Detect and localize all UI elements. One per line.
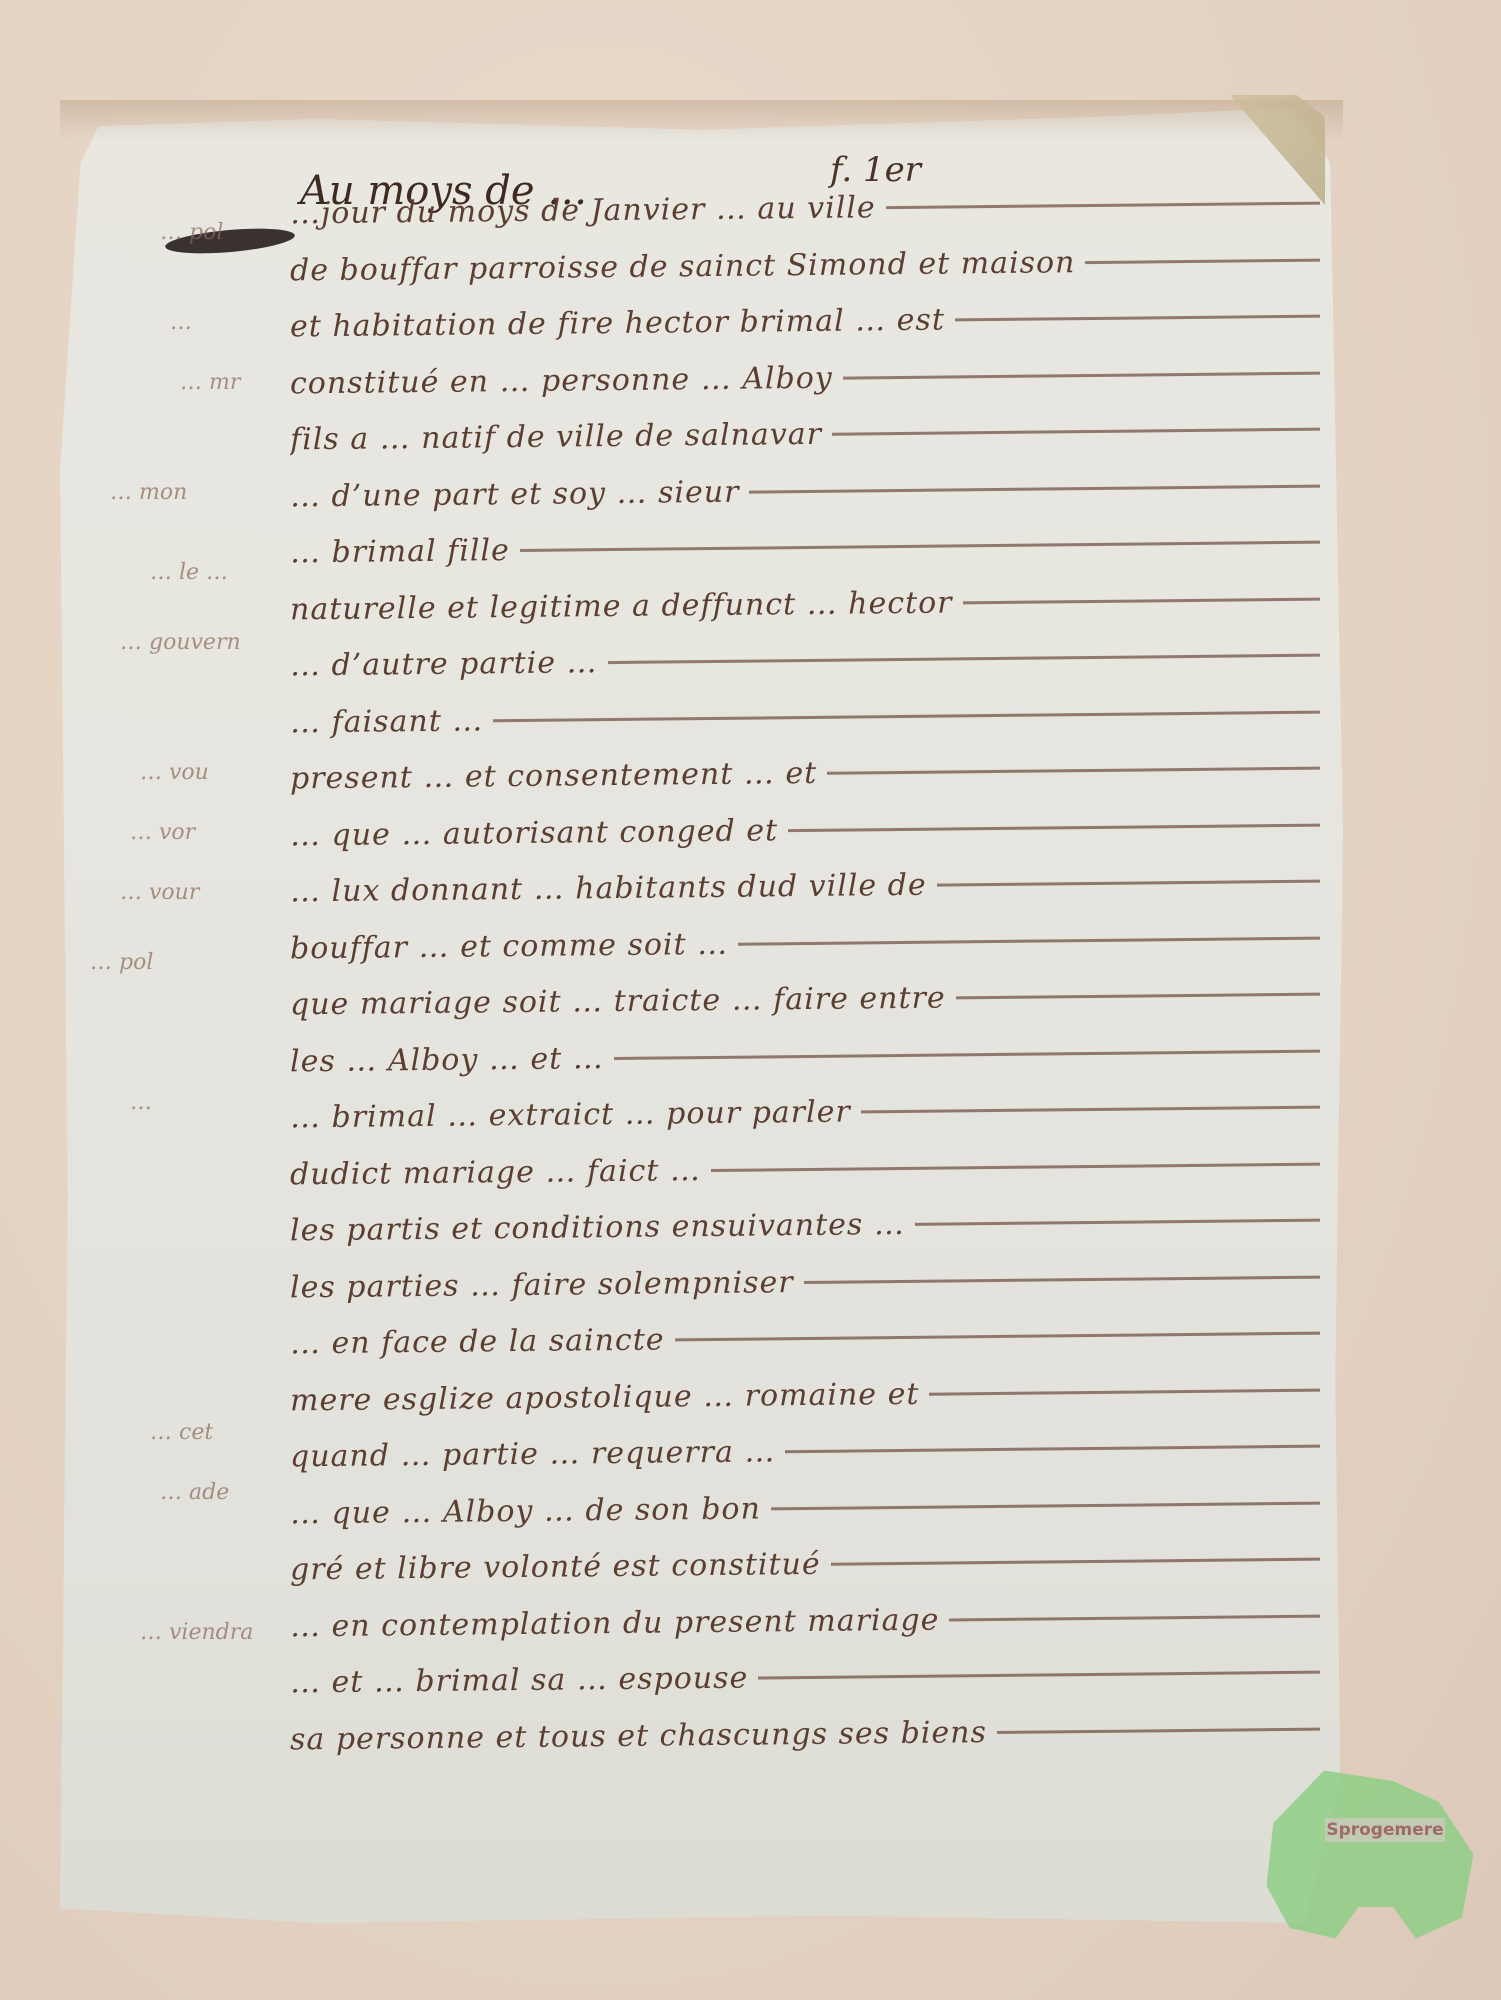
- text-line: fils a … natif de ville de salnavar: [290, 401, 1321, 468]
- margin-note: … vour: [120, 880, 199, 905]
- margin-note: … pol: [160, 220, 223, 245]
- text-line: … en face de la saincte: [290, 1305, 1321, 1372]
- text-line: …jour du moys de Janvier … au ville: [290, 175, 1321, 242]
- margin-note: …: [170, 310, 192, 335]
- watermark-label: Sprogemere: [1325, 1818, 1445, 1842]
- text-line: present … et consentement … et: [290, 740, 1321, 807]
- margin-note: … gouvern: [120, 630, 241, 655]
- text-line: gré et libre volonté est constitué: [290, 1531, 1321, 1598]
- text-line: sa personne et tous et chascungs ses bie…: [290, 1700, 1321, 1767]
- manuscript-body: …jour du moys de Janvier … au ville de b…: [290, 180, 1320, 1762]
- text-line: que mariage soit … traicte … faire entre: [290, 966, 1321, 1033]
- margin-note: … ade: [160, 1480, 229, 1505]
- text-line: … et … brimal sa … espouse: [290, 1644, 1321, 1711]
- text-line: … brimal … extraict … pour parler: [290, 1079, 1321, 1146]
- margin-note: … mon: [110, 480, 187, 505]
- margin-note: … viendra: [140, 1620, 253, 1645]
- margin-note: … le …: [150, 560, 228, 585]
- text-line: et habitation de fire hector brimal … es…: [290, 288, 1321, 355]
- margin-note: … vor: [130, 820, 195, 845]
- text-line: les partis et conditions ensuivantes …: [290, 1192, 1321, 1259]
- top-edge-stain: [60, 100, 1343, 140]
- margin-note: … vou: [140, 760, 209, 785]
- text-line: … brimal fille: [290, 514, 1321, 581]
- margin-note: … pol: [90, 950, 153, 975]
- margin-note: …: [130, 1090, 152, 1115]
- text-line: quand … partie … requerra …: [290, 1418, 1321, 1485]
- text-line: … lux donnant … habitants dud ville de: [290, 853, 1321, 920]
- margin-note: … cet: [150, 1420, 213, 1445]
- margin-note: … mr: [180, 370, 240, 395]
- text-line: … d’autre partie …: [290, 627, 1321, 694]
